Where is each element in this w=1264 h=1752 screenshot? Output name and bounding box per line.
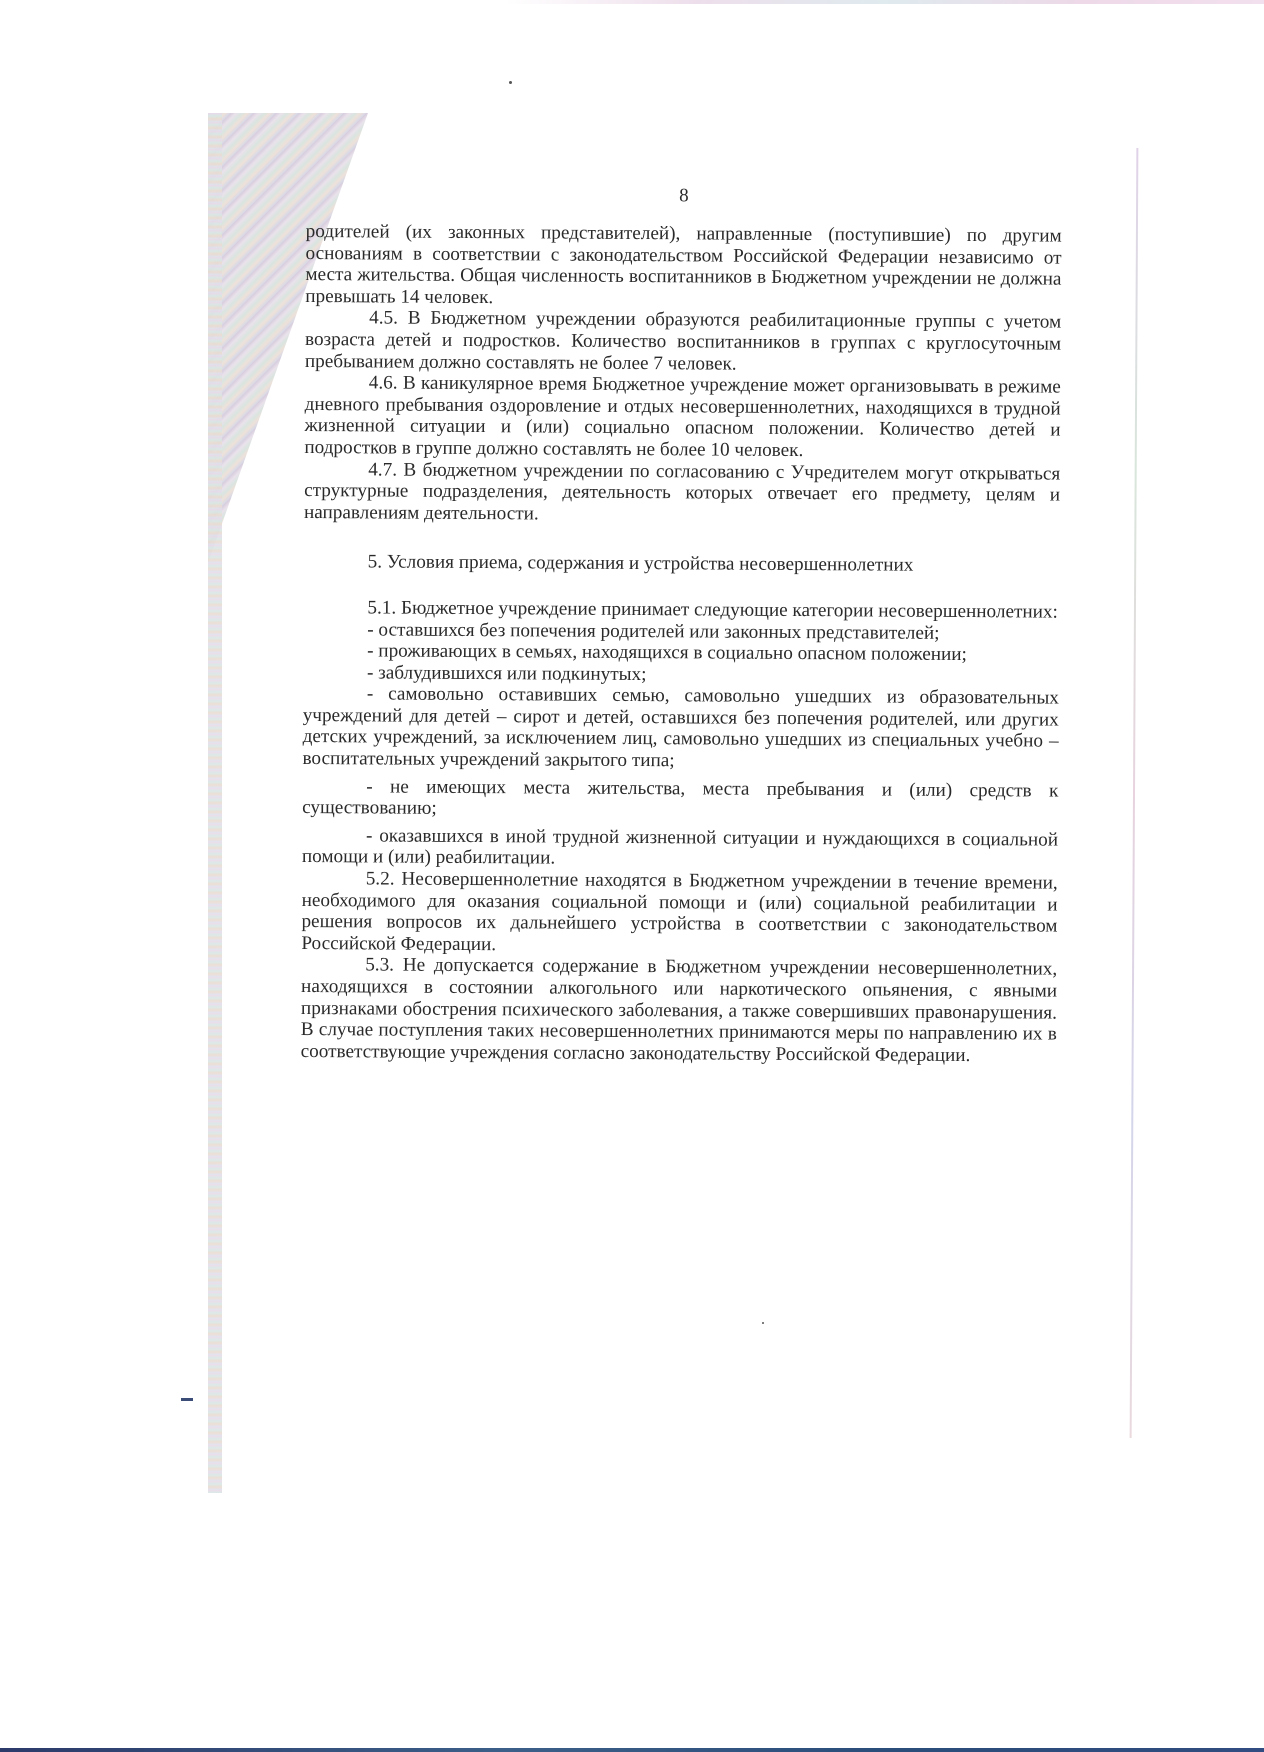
clause-4-6: 4.6. В каникулярное время Бюджетное учре… xyxy=(304,372,1061,463)
scan-right-edge xyxy=(1130,148,1139,1438)
scan-top-edge xyxy=(0,0,1264,4)
scan-bottom-edge xyxy=(0,1748,1264,1752)
category-item: - оказавшихся в иной трудной жизненной с… xyxy=(302,825,1058,873)
scan-speck xyxy=(509,81,512,84)
category-item: - не имеющих места жительства, места пре… xyxy=(302,776,1058,824)
clause-4-5: 4.5. В Бюджетном учреждении образуются р… xyxy=(305,307,1061,376)
category-item: - самовольно оставивших семью, самовольн… xyxy=(302,683,1059,774)
clause-5-3: 5.3. Не допускается содержание в Бюджетн… xyxy=(301,954,1058,1067)
section-5-heading: 5. Условия приема, содержания и устройст… xyxy=(304,551,1060,577)
scan-speck xyxy=(762,1322,764,1324)
clause-5-2: 5.2. Несовершеннолетние находятся в Бюдж… xyxy=(301,868,1058,959)
document-page: 8 родителей (их законных представителей)… xyxy=(301,183,1062,1067)
scan-left-edge xyxy=(208,113,222,1493)
page-number: 8 xyxy=(306,183,1062,212)
clause-4-7: 4.7. В бюджетном учреждении по согласова… xyxy=(304,459,1060,528)
scan-mark xyxy=(181,1398,193,1401)
paragraph-continuation: родителей (их законных представителей), … xyxy=(305,221,1062,312)
category-list: - оставшихся без попечения родителей или… xyxy=(302,618,1060,872)
